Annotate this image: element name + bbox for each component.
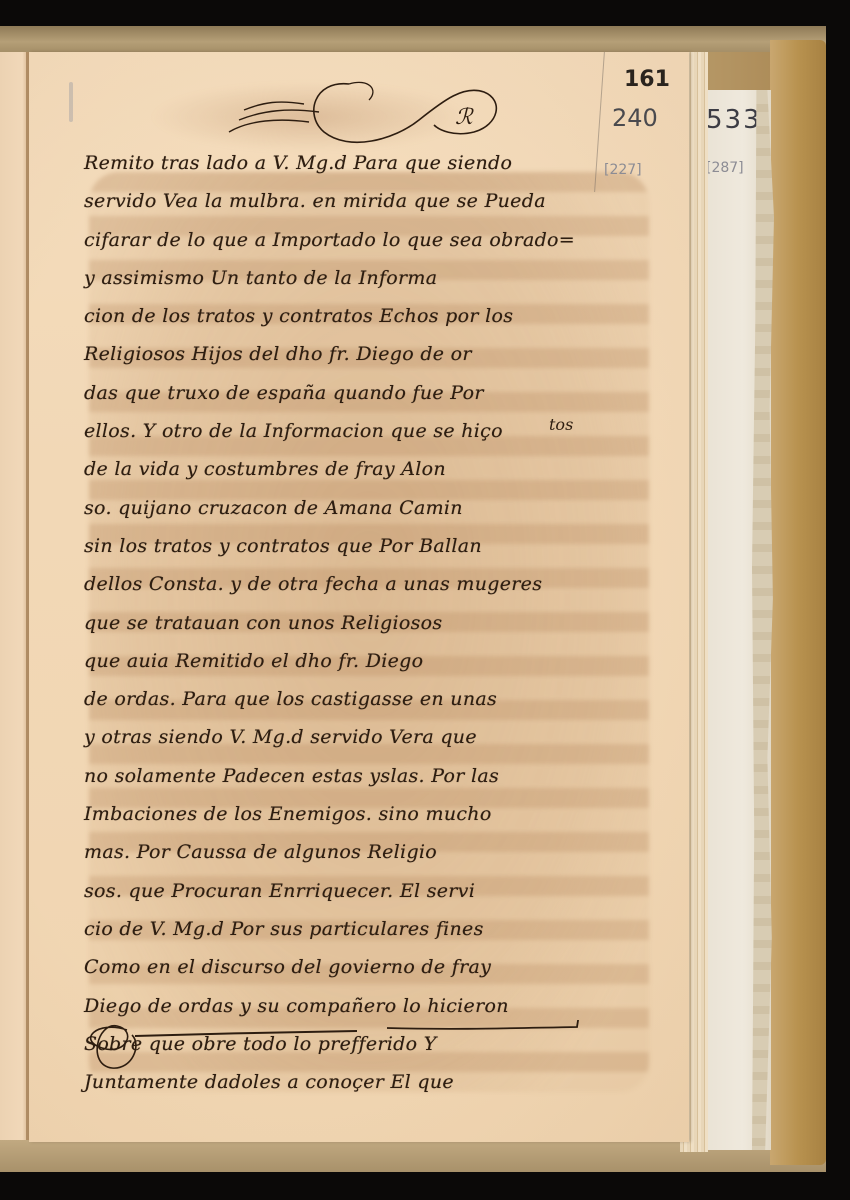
manuscript-folio: 161 240 [227] ℛ Remito tras lado a V. Mg…	[29, 52, 689, 1142]
next-leaf-number: 533	[706, 105, 762, 135]
binding-spine-flap	[770, 40, 826, 1165]
previous-page-strip	[0, 52, 28, 1140]
closing-rubric-icon	[57, 1020, 637, 1080]
text-line: cio de V. Mg.d Por sus particulares fine…	[84, 910, 644, 948]
text-line: cion de los tratos y contratos Echos por…	[84, 297, 644, 335]
text-line: so. quijano cruzacon de Amana Camin	[84, 489, 644, 527]
text-line: Imbaciones de los Enemigos. sino mucho	[84, 795, 644, 833]
text-line: sos. que Procuran Enrriquecer. El servi	[84, 872, 644, 910]
heading-mark: ℛ	[455, 105, 474, 130]
manuscript-text: Remito tras lado a V. Mg.d Para que sien…	[84, 144, 644, 1101]
text-line: dellos Consta. y de otra fecha a unas mu…	[84, 565, 644, 603]
interlinear-addition: tos	[549, 415, 573, 434]
text-line: mas. Por Caussa de algunos Religio	[84, 833, 644, 871]
text-line: cifarar de lo que a Importado lo que sea…	[84, 221, 644, 259]
folio-number-primary: 161	[624, 67, 670, 92]
text-line: que auia Remitido el dho fr. Diego	[84, 642, 644, 680]
text-line: de ordas. Para que los castigasse en una…	[84, 680, 644, 718]
binding-top-edge	[0, 26, 826, 52]
next-leaf-pencil-number: [287]	[706, 160, 744, 176]
text-line: Religiosos Hijos del dho fr. Diego de or	[84, 335, 644, 373]
text-line: Remito tras lado a V. Mg.d Para que sien…	[84, 144, 644, 182]
heading-flourish-icon: ℛ	[219, 70, 519, 150]
text-line: das que truxo de españa quando fue Por	[84, 374, 644, 412]
scan-stage: 533 [287] 161 240 [227] ℛ Remito tras la…	[0, 0, 850, 1200]
text-line: de la vida y costumbres de fray Alon	[84, 450, 644, 488]
text-line: no solamente Padecen estas yslas. Por la…	[84, 757, 644, 795]
text-line: que se tratauan con unos Religiosos	[84, 604, 644, 642]
text-line: Como en el discurso del govierno de fray	[84, 948, 644, 986]
text-line: servido Vea la mulbra. en mirida que se …	[84, 182, 644, 220]
pencil-mark	[69, 82, 73, 122]
text-line: y otras siendo V. Mg.d servido Vera que	[84, 718, 644, 756]
folio-number-secondary: 240	[612, 104, 658, 132]
text-line: y assimismo Un tanto de la Informa	[84, 259, 644, 297]
text-line: sin los tratos y contratos que Por Balla…	[84, 527, 644, 565]
